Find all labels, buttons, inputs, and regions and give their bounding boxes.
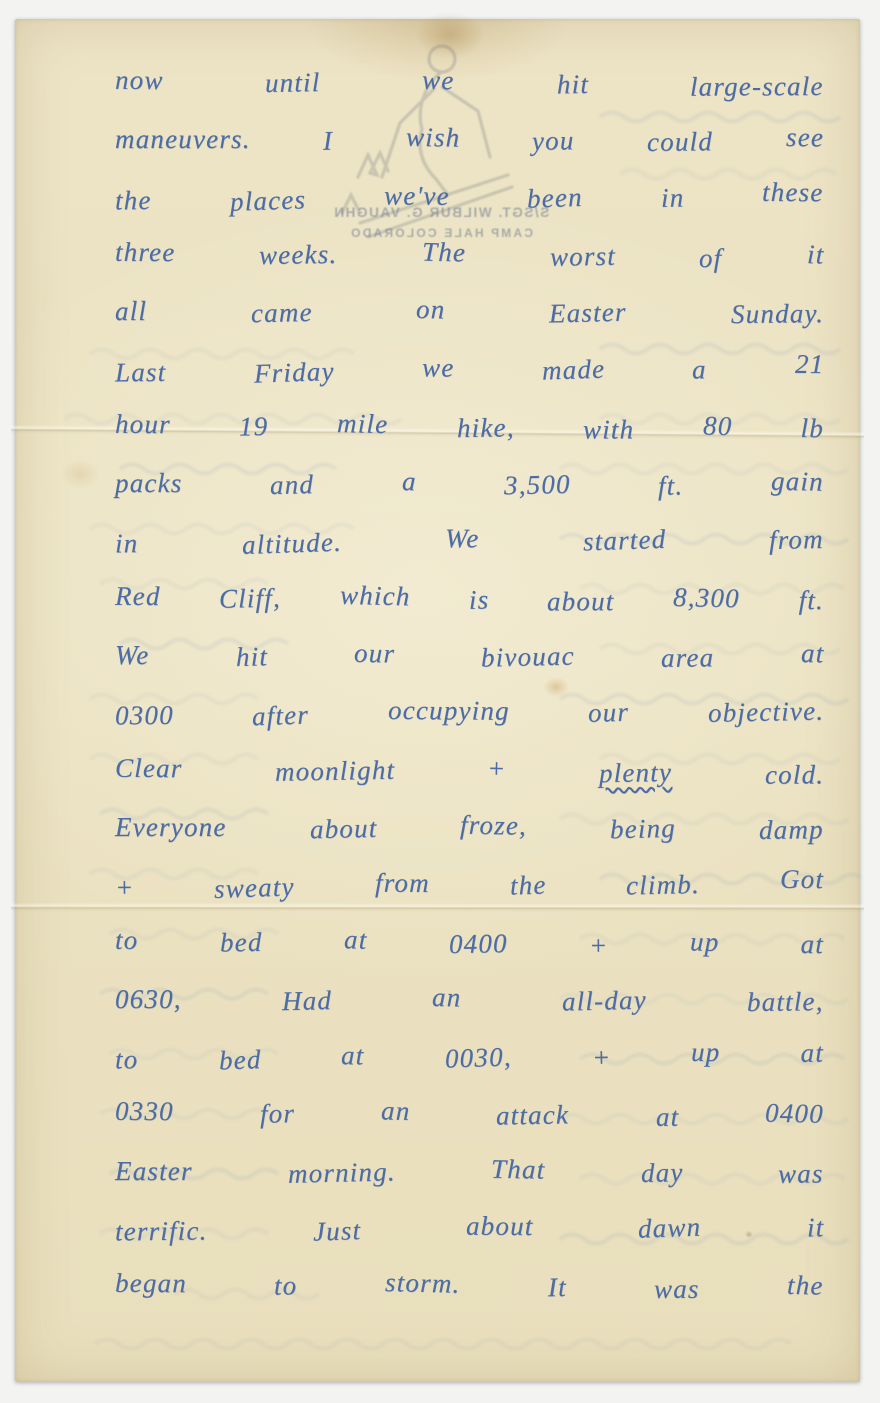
handwritten-line: terrific.Justaboutdawnit (115, 1210, 824, 1248)
handwritten-word: until (265, 67, 321, 99)
handwritten-word: gain (771, 466, 824, 498)
handwritten-word: plenty (599, 757, 673, 789)
handwritten-word: climb. (626, 869, 701, 901)
handwritten-word: a (401, 466, 416, 497)
handwritten-word: damp (759, 814, 824, 846)
handwritten-word: was (654, 1274, 700, 1305)
handwritten-word: + (115, 872, 135, 903)
handwritten-word: was (778, 1158, 824, 1189)
handwritten-word: area (661, 642, 715, 674)
handwritten-word: Just (312, 1215, 361, 1248)
handwritten-word: we (422, 352, 455, 383)
handwritten-word: froze, (460, 810, 527, 842)
handwritten-word: cold. (765, 759, 824, 790)
handwritten-word: + (487, 753, 507, 784)
handwritten-word: Easter (549, 297, 627, 330)
handwritten-word: in (115, 529, 139, 560)
handwritten-word: terrific. (115, 1216, 208, 1248)
handwritten-word: an (432, 982, 462, 1013)
handwritten-word: We (115, 640, 149, 671)
handwritten-word: we've (384, 180, 450, 211)
handwritten-word: 0400 (448, 928, 507, 960)
handwritten-word: and (270, 469, 315, 501)
handwritten-word: bed (219, 926, 262, 958)
handwritten-word: + (591, 1042, 611, 1073)
handwritten-word: at (344, 924, 368, 956)
handwritten-word: occupying (388, 695, 510, 727)
handwritten-line: Clearmoonlight+plentycold. (115, 752, 824, 787)
handwritten-word: our (354, 638, 396, 670)
handwritten-word: after (252, 700, 310, 733)
handwritten-word: these (762, 176, 824, 207)
handwritten-word: to (274, 1271, 298, 1302)
handwritten-word: being (610, 813, 677, 845)
handwritten-line: 0330foranattackat0400 (115, 1096, 824, 1131)
handwritten-word: of (699, 243, 723, 274)
handwritten-word: see (786, 122, 825, 154)
handwritten-word: morning. (288, 1156, 397, 1189)
handwritten-word: now (115, 65, 164, 96)
handwritten-word: made (541, 353, 605, 386)
handwritten-word: 3,500 (504, 469, 571, 502)
bleedthrough-stroke (95, 1340, 791, 1349)
handwritten-word: ft. (658, 471, 684, 502)
handwritten-line: Everyoneaboutfroze,beingdamp (115, 812, 824, 843)
handwritten-word: 21 (794, 348, 824, 379)
handwritten-word: Last (115, 356, 167, 387)
handwritten-word: hit (235, 641, 268, 673)
bleedthrough-stroke (600, 113, 840, 122)
handwritten-word: all-day (562, 984, 648, 1017)
handwritten-line: begantostorm.Itwasthe (115, 1268, 824, 1303)
handwritten-word: 19 (239, 411, 269, 442)
handwritten-word: which (339, 580, 410, 613)
handwritten-word: packs (115, 468, 182, 499)
letter-page: S/SGT. WILBUR G. VAUGHN CAMP HALE COLORA… (15, 19, 860, 1382)
paper-stain (543, 677, 569, 697)
handwritten-word: could (647, 127, 713, 159)
handwritten-word: with (583, 414, 634, 445)
handwritten-word: wish (406, 122, 461, 154)
handwritten-word: The (421, 236, 466, 268)
handwritten-word: moonlight (275, 754, 396, 787)
handwritten-word: from (375, 868, 430, 899)
handwritten-word: Everyone (115, 812, 227, 843)
handwritten-line: maneuvers.Iwishyoucouldsee (115, 124, 824, 155)
handwritten-word: hike, (456, 412, 514, 444)
handwritten-word: 0400 (765, 1098, 824, 1130)
handwritten-line: inaltitude.Westartedfrom (115, 522, 824, 560)
scan-background: S/SGT. WILBUR G. VAUGHN CAMP HALE COLORA… (0, 0, 880, 1403)
handwritten-word: Cliff, (219, 582, 281, 614)
handwritten-word: objective. (707, 696, 824, 729)
handwritten-line: tobedat0400+upat (115, 924, 824, 959)
handwritten-word: 0030, (444, 1042, 512, 1075)
handwritten-line: +sweatyfromtheclimb.Got (115, 866, 824, 904)
handwritten-word: the (509, 870, 547, 902)
handwritten-word: 80 (702, 410, 732, 442)
handwritten-word: to (115, 924, 139, 955)
handwritten-word: battle, (747, 986, 824, 1018)
handwritten-word: sweaty (214, 872, 296, 906)
handwritten-word: at (341, 1040, 365, 1071)
handwritten-word: bed (218, 1044, 262, 1076)
handwritten-word: 0630, (115, 984, 182, 1015)
handwritten-word: worst (549, 241, 616, 273)
handwritten-word: I (323, 126, 334, 157)
handwritten-word: hour (115, 409, 171, 440)
handwritten-line: LastFridaywemadea21 (115, 350, 824, 388)
handwritten-word: the (787, 1270, 824, 1302)
paper-stain (60, 459, 100, 489)
handwritten-word: maneuvers. (115, 124, 251, 155)
handwritten-word: it (806, 1212, 824, 1243)
handwritten-word: storm. (385, 1267, 461, 1300)
handwritten-word: about (466, 1211, 534, 1242)
handwritten-word: dawn (638, 1212, 702, 1245)
handwritten-line: RedCliff,whichisabout8,300ft. (115, 581, 824, 616)
handwritten-word: + (589, 930, 609, 961)
handwritten-word: the (115, 185, 152, 216)
handwritten-word: all (115, 296, 147, 327)
handwritten-word: on (416, 294, 446, 325)
handwritten-line: Wehitourbivouacareaat (115, 640, 824, 671)
handwritten-line: 0300afteroccupyingourobjective. (115, 694, 824, 732)
handwritten-word: 0300 (115, 700, 174, 732)
handwritten-line: 0630,Hadanall-daybattle, (115, 984, 824, 1015)
handwritten-word: about (547, 586, 615, 617)
handwritten-word: began (115, 1268, 187, 1299)
handwritten-word: day (640, 1157, 683, 1189)
handwritten-word: a (692, 354, 707, 385)
handwritten-word: 0330 (115, 1096, 174, 1127)
handwritten-line: Eastermorning.Thatdaywas (115, 1156, 824, 1187)
handwritten-word: to (115, 1044, 139, 1075)
handwritten-word: at (800, 638, 824, 669)
fold-crease (11, 903, 864, 913)
handwritten-word: bivouac (481, 641, 576, 674)
handwritten-word: weeks. (259, 239, 338, 271)
handwritten-line: theplaceswe'vebeeninthese (115, 178, 824, 216)
handwritten-word: up (691, 1037, 721, 1068)
handwritten-word: up (689, 926, 719, 958)
handwritten-word: at (800, 1038, 824, 1069)
handwritten-line: hour19milehike,with80lb (115, 409, 824, 444)
handwritten-word: in (661, 182, 685, 213)
handwritten-word: Easter (115, 1156, 193, 1187)
handwritten-word: about (309, 813, 377, 846)
handwritten-word: It (548, 1272, 567, 1303)
handwritten-word: from (769, 524, 824, 556)
handwritten-word: came (250, 297, 312, 329)
handwritten-word: three (115, 237, 176, 268)
handwritten-word: we (422, 65, 455, 97)
handwritten-word: started (582, 524, 666, 558)
handwritten-word: Clear (115, 752, 183, 783)
handwritten-word: ft. (799, 585, 825, 616)
handwritten-word: large-scale (690, 71, 824, 103)
handwritten-word: you (532, 125, 575, 157)
handwritten-line: tobedat0030,+upat (115, 1038, 824, 1076)
handwritten-word: Got (780, 864, 824, 895)
handwritten-line: packsanda3,500ft.gain (115, 468, 824, 499)
handwritten-word: Sunday. (731, 298, 824, 330)
handwritten-word: it (806, 239, 824, 270)
handwritten-word: an (381, 1096, 411, 1128)
handwritten-word: Friday (253, 355, 335, 389)
handwritten-word: That (491, 1153, 546, 1185)
handwritten-word: altitude. (241, 527, 342, 561)
handwritten-word: Had (282, 985, 333, 1017)
handwritten-word: been (527, 181, 584, 214)
handwritten-word: at (656, 1102, 680, 1133)
handwritten-word: is (468, 584, 489, 615)
handwritten-word: We (445, 524, 480, 555)
handwritten-word: mile (337, 408, 389, 440)
handwritten-word: places (229, 184, 306, 217)
handwritten-line: allcameonEasterSunday. (115, 296, 824, 327)
handwritten-word: hit (556, 69, 589, 101)
handwritten-word: at (800, 929, 824, 960)
handwritten-word: lb (800, 413, 824, 444)
handwritten-line: threeweeks.Theworstofit (115, 237, 824, 272)
handwritten-word: 8,300 (673, 582, 740, 614)
handwritten-word: our (588, 697, 630, 729)
handwritten-line: nowuntilwehitlarge-scale (115, 65, 824, 100)
handwritten-word: Red (115, 581, 161, 612)
handwritten-word: attack (496, 1100, 570, 1132)
handwritten-word: for (260, 1099, 296, 1131)
